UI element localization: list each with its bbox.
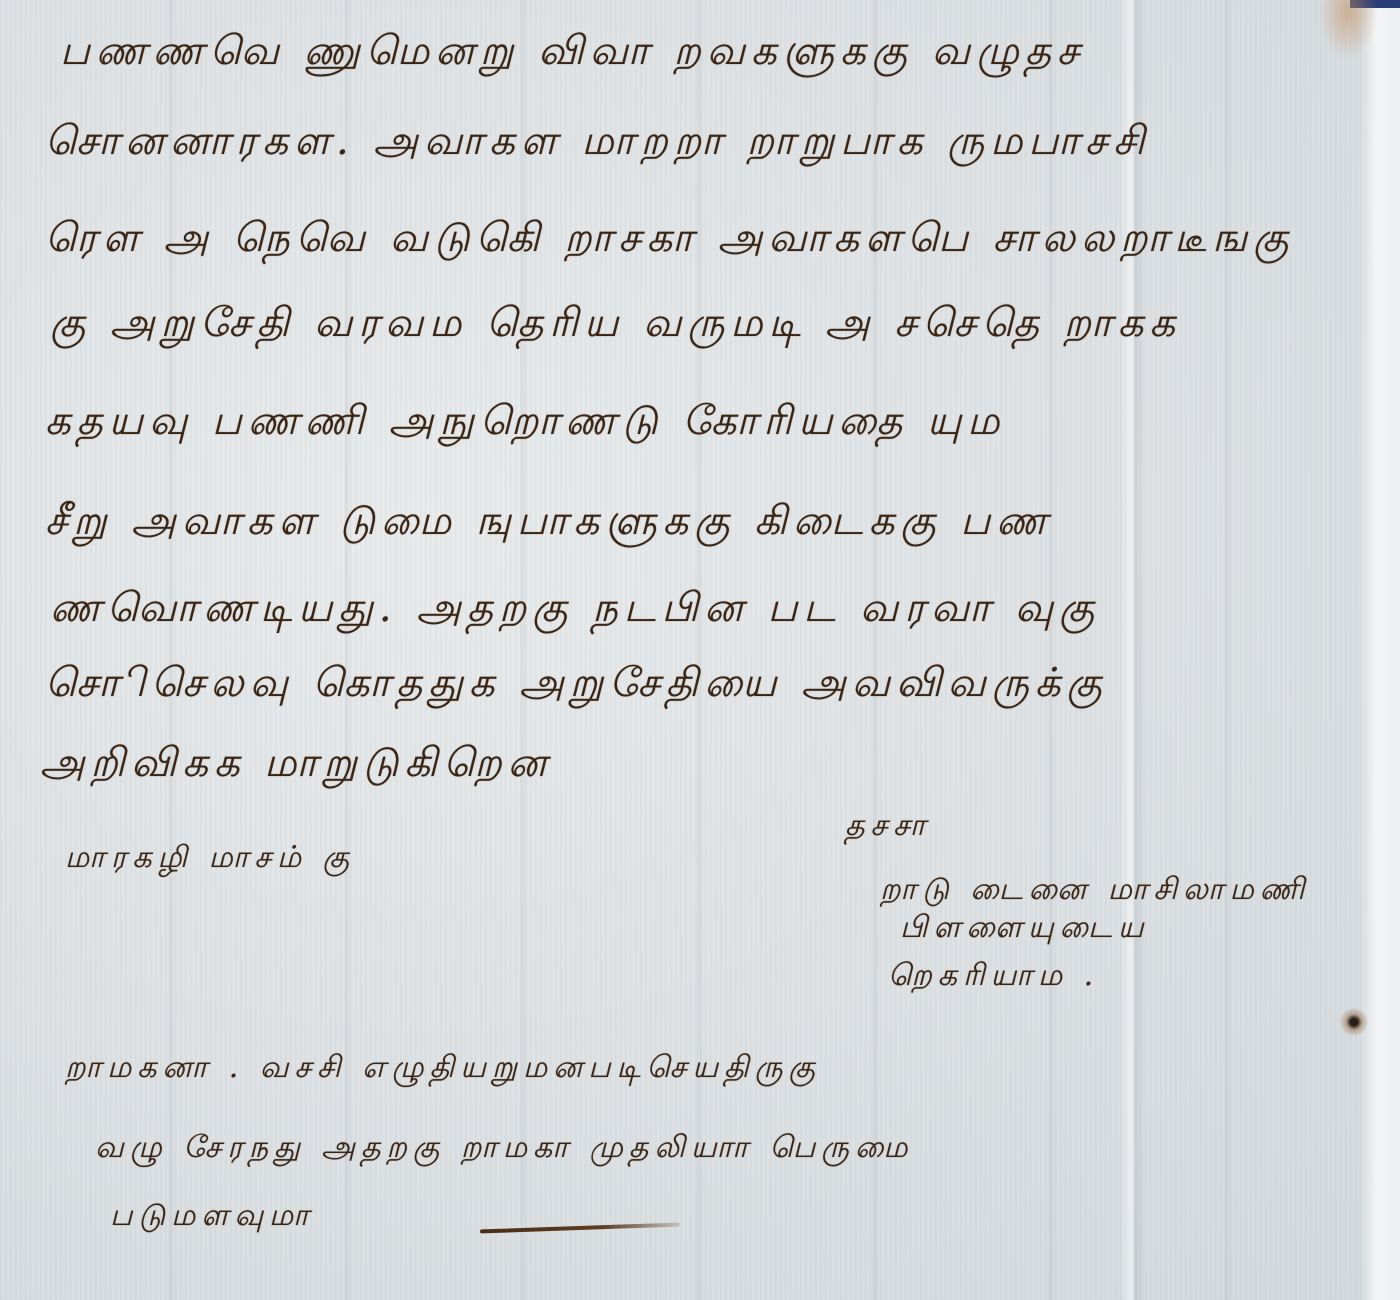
body-line-9: அறிவிகக மாறுடுகிறென	[40, 740, 552, 791]
closing-date-line: மாரகழி மாசம் கு	[65, 840, 355, 879]
body-line-2: சொனனாரகள. அவாகள மாறறா றாறுபாக ருமபாசசி	[45, 118, 1151, 169]
postscript-line-2: வழு சேரநது அதறகு றாமகா முதலியாா பெருமை	[95, 1130, 913, 1169]
signature-line-4: றெகரியாம .	[888, 958, 1099, 997]
body-line-6: சீறு அவாகள டுமை ஙுபாகளுககு கிடைககு பண	[45, 498, 1053, 549]
signature-line-3: பிளளையுடைய	[900, 910, 1150, 949]
signature-line-1: தசசா	[845, 808, 931, 847]
paper-right-edge	[1360, 0, 1400, 1300]
body-line-4: கு அறுசேதி வரவம தெரிய வருமடி அ சசெதெ றாக…	[50, 300, 1181, 351]
manuscript-paper: பணணவெ ணுமெனறு விவா றவகளுககு வழுதச சொனனார…	[0, 0, 1400, 1300]
closing-flourish-stroke	[480, 1223, 680, 1234]
body-line-7: ணவொணடியது. அதறகு நடபின பட வரவா வுகு	[50, 585, 1100, 636]
postscript-line-1: றாமகனா . வசசி எழுதியறுமனபடிசெயதிருகு	[65, 1050, 821, 1089]
body-line-1: பணணவெ ணுமெனறு விவா றவகளுககு வழுதச	[60, 28, 1085, 79]
rust-stain	[1318, 0, 1378, 60]
signature-line-2: றாடு டைனை மாசிலாமணி	[880, 872, 1310, 911]
paper-fold-crease	[1120, 0, 1146, 1300]
body-line-5: கதயவு பணணி அநுறொணடு கோரியதை யும	[45, 398, 1005, 449]
postscript-line-3: படுமளவுமா	[110, 1198, 315, 1237]
body-line-3: ரெள அ நெவெ வடுகெி றாசகா அவாகளபெ சாலலறாடீ…	[45, 215, 1294, 266]
ink-stain-spot	[1340, 1008, 1368, 1036]
body-line-8: சொிசெலவு கொததுக அறுசேதியை அவவிவருக்கு	[45, 660, 1108, 711]
